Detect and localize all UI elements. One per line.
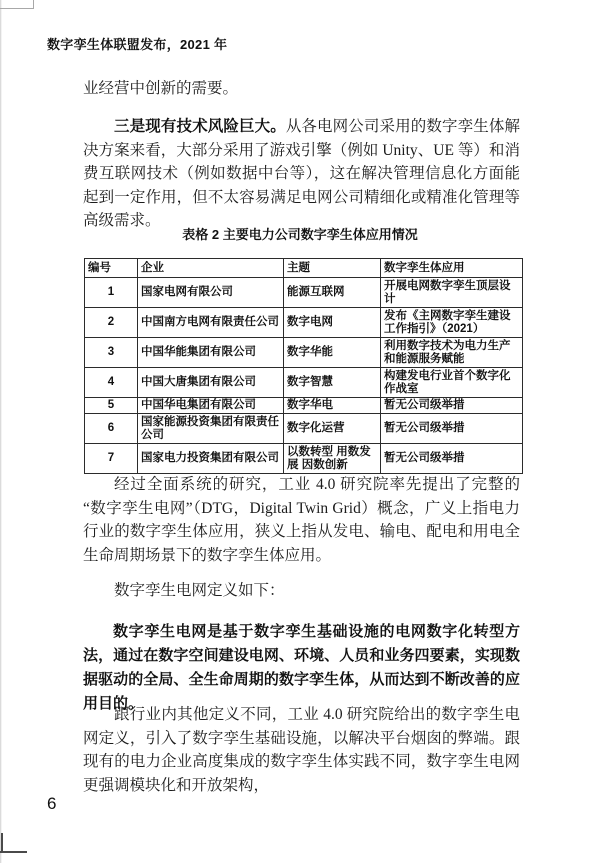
cell-theme: 以数转型 用数发展 因数创新 <box>284 444 381 474</box>
running-header: 数字孪生体联盟发布，2021 年 <box>47 34 227 53</box>
cell-company: 中国华电集团有限公司 <box>138 398 284 414</box>
paragraph-continuation: 业经营中创新的需要。 <box>83 77 520 101</box>
cell-company: 中国大唐集团有限公司 <box>138 368 284 398</box>
table-caption: 表格 2 主要电力公司数字孪生体应用情况 <box>0 224 600 243</box>
table-row: 2 中国南方电网有限责任公司 数字电网 发布《主网数字孪生建设工作指引》（202… <box>85 308 523 338</box>
cell-number: 3 <box>85 338 138 368</box>
cell-application: 开展电网数字孪生顶层设计 <box>381 278 523 308</box>
cell-application: 暂无公司级举措 <box>381 444 523 474</box>
cell-application: 利用数字技术为电力生产和能源服务赋能 <box>381 338 523 368</box>
table-row: 6 国家能源投资集团有限责任公司 数字化运营 暂无公司级举措 <box>85 414 523 444</box>
column-header-company: 企业 <box>138 259 284 278</box>
paragraph-risk: 三是现有技术风险巨大。从各电网公司采用的数字孪生体解决方案来看，大部分采用了游戏… <box>83 115 520 233</box>
paragraph-risk-lead: 三是现有技术风险巨大。 <box>114 118 286 135</box>
table-row: 3 中国华能集团有限公司 数字华能 利用数字技术为电力生产和能源服务赋能 <box>85 338 523 368</box>
cell-theme: 数字电网 <box>284 308 381 338</box>
scan-artifact-top-left-horizontal <box>0 8 34 9</box>
cell-application: 暂无公司级举措 <box>381 414 523 444</box>
scan-artifact-bottom-left-horizontal <box>0 851 27 853</box>
cell-theme: 能源互联网 <box>284 278 381 308</box>
column-header-number: 编号 <box>85 259 138 278</box>
paragraph-comparison: 跟行业内其他定义不同，工业 4.0 研究院给出的数字孪生电网定义，引入了数字孪生… <box>83 703 520 797</box>
cell-number: 5 <box>85 398 138 414</box>
cell-number: 7 <box>85 444 138 474</box>
column-header-theme: 主题 <box>284 259 381 278</box>
paragraph-definition-intro: 数字孪生电网定义如下： <box>83 579 520 603</box>
scan-artifact-bottom-left-vertical <box>1 833 3 853</box>
cell-theme: 数字智慧 <box>284 368 381 398</box>
cell-company: 国家电网有限公司 <box>138 278 284 308</box>
document-page: 数字孪生体联盟发布，2021 年 业经营中创新的需要。 三是现有技术风险巨大。从… <box>0 0 600 863</box>
power-companies-table: 编号 企业 主题 数字孪生体应用 1 国家电网有限公司 能源互联网 开展电网数字… <box>84 258 523 474</box>
cell-theme: 数字化运营 <box>284 414 381 444</box>
cell-number: 4 <box>85 368 138 398</box>
page-number: 6 <box>47 794 56 814</box>
cell-number: 6 <box>85 414 138 444</box>
table-row: 7 国家电力投资集团有限公司 以数转型 用数发展 因数创新 暂无公司级举措 <box>85 444 523 474</box>
paragraph-definition-bold: 数字孪生电网是基于数字孪生基础设施的电网数字化转型方法，通过在数字空间建设电网、… <box>83 620 520 716</box>
cell-number: 1 <box>85 278 138 308</box>
column-header-application: 数字孪生体应用 <box>381 259 523 278</box>
cell-company: 国家电力投资集团有限公司 <box>138 444 284 474</box>
cell-application: 发布《主网数字孪生建设工作指引》（2021） <box>381 308 523 338</box>
cell-number: 2 <box>85 308 138 338</box>
table-row: 5 中国华电集团有限公司 数字华电 暂无公司级举措 <box>85 398 523 414</box>
cell-theme: 数字华能 <box>284 338 381 368</box>
cell-application: 构建发电行业首个数字化作战室 <box>381 368 523 398</box>
cell-theme: 数字华电 <box>284 398 381 414</box>
scan-artifact-top-left-vertical <box>33 0 34 9</box>
cell-company: 国家能源投资集团有限责任公司 <box>138 414 284 444</box>
cell-company: 中国南方电网有限责任公司 <box>138 308 284 338</box>
table-row: 4 中国大唐集团有限公司 数字智慧 构建发电行业首个数字化作战室 <box>85 368 523 398</box>
table-header-row: 编号 企业 主题 数字孪生体应用 <box>85 259 523 278</box>
page-edge-artifact-left <box>0 0 2 863</box>
paragraph-dtg-concept: 经过全面系统的研究，工业 4.0 研究院率先提出了完整的 “数字孪生电网”（DT… <box>83 473 520 567</box>
cell-application: 暂无公司级举措 <box>381 398 523 414</box>
cell-company: 中国华能集团有限公司 <box>138 338 284 368</box>
table-row: 1 国家电网有限公司 能源互联网 开展电网数字孪生顶层设计 <box>85 278 523 308</box>
